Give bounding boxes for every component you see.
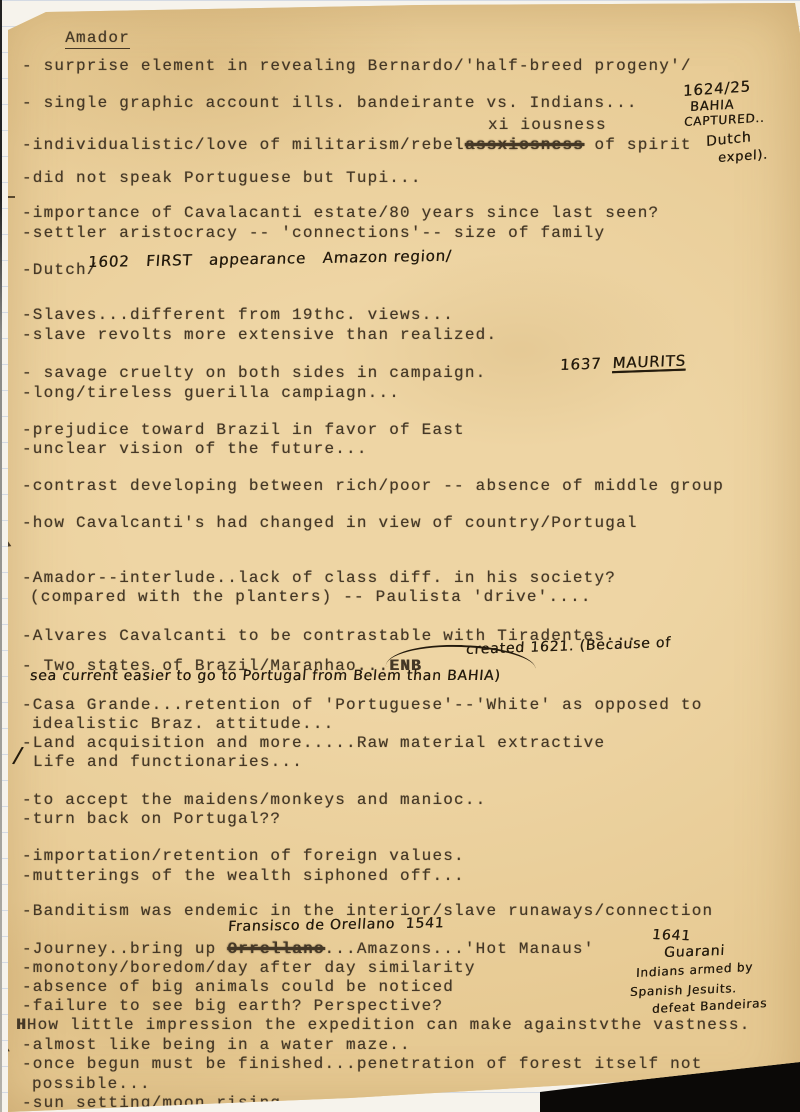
handwritten-note: 1624/25 <box>683 79 751 100</box>
typed-line: -Journey..bring up Orrellano...Amazons..… <box>22 941 595 959</box>
typed-line: - surprise element in revealing Bernardo… <box>22 58 692 76</box>
typed-line: -importance of Cavalacanti estate/80 yea… <box>22 205 659 223</box>
typed-line: - savage cruelty on both sides in campai… <box>22 365 486 383</box>
typed-line: idealistic Braz. attitude... <box>32 716 334 734</box>
typed-line: -Dutch/ <box>22 262 98 280</box>
binding-curl-mark: ( <box>0 1005 14 1058</box>
document-title-text: Amador <box>65 29 130 49</box>
typed-line: -unclear vision of the future... <box>22 441 368 459</box>
typed-line: -how Cavalcanti's had changed in view of… <box>22 515 638 533</box>
handwritten-note: 1602 FIRST appearance Amazon region/ <box>87 249 452 271</box>
typed-line: Life and functionaries... <box>33 754 303 772</box>
typed-line: -almost like being in a water maze.. <box>22 1037 411 1055</box>
pen-mark <box>2 196 15 213</box>
handwritten-note: / <box>11 744 24 768</box>
typed-line: -did not speak Portuguese but Tupi... <box>22 170 422 188</box>
typed-line: -turn back on Portugal?? <box>22 811 281 829</box>
paper: Amador - surprise element in revealing B… <box>0 0 800 1112</box>
handwritten-note: 1641 <box>651 928 692 944</box>
typed-line: -settler aristocracy -- 'connections'-- … <box>22 225 605 243</box>
typed-line: -Amador--interlude..lack of class diff. … <box>22 570 616 588</box>
handwritten-note: 1637 MAURITS <box>560 354 687 374</box>
typed-line: -long/tireless guerilla campiagn... <box>22 385 400 403</box>
backing-page-edge <box>0 0 2 1112</box>
typed-line: -sun setting/moon rising <box>22 1095 281 1112</box>
typed-line: -slave revolts more extensive than reali… <box>22 327 497 345</box>
handwritten-note: Fransisco de Orellano 1541 <box>227 916 444 934</box>
typed-line: -mutterings of the wealth siphoned off..… <box>22 868 465 886</box>
typed-line: -contrast developing between rich/poor -… <box>22 478 724 496</box>
typed-line: -monotony/boredom/day after day similari… <box>22 960 476 978</box>
typed-line: -once begun must be finished...penetrati… <box>22 1056 703 1074</box>
typed-line: -Slaves...different from 19thc. views... <box>22 307 454 325</box>
handwritten-note: Spanish Jesuits. <box>630 982 737 998</box>
typed-line: -Land acquisition and more.....Raw mater… <box>22 735 605 753</box>
handwritten-note: Indians armed by <box>636 961 754 980</box>
typed-line: -individualistic/love of militarism/rebe… <box>22 137 692 155</box>
handwritten-note: Dutch <box>706 130 752 150</box>
typed-line: HHow little impression the expedition ca… <box>16 1017 751 1035</box>
typed-line: -to accept the maidens/monkeys and manio… <box>22 792 486 810</box>
handwritten-note: expel). <box>718 148 768 165</box>
binding-curl-mark: ( <box>0 497 16 553</box>
typed-line: -prejudice toward Brazil in favor of Eas… <box>22 422 465 440</box>
typed-line: (compared with the planters) -- Paulista… <box>30 589 592 607</box>
handwritten-note: defeat Bandeiras <box>652 997 768 1016</box>
typed-line: xi iousness <box>488 117 607 135</box>
handwritten-note: sea current easier to go to Portugal fro… <box>29 669 501 684</box>
typed-line: -importation/retention of foreign values… <box>22 848 465 866</box>
typed-line: -Casa Grande...retention of 'Portuguese'… <box>22 697 703 715</box>
handwritten-note: Guarani <box>664 944 726 961</box>
handwritten-note: CAPTURED.. <box>684 112 765 129</box>
typed-line: possible... <box>32 1076 151 1094</box>
typed-line: -failure to see big earth? Perspective? <box>22 998 443 1016</box>
typed-line: - single graphic account ills. bandeiran… <box>22 95 638 113</box>
typed-line: -absence of big animals could be noticed <box>22 979 454 997</box>
